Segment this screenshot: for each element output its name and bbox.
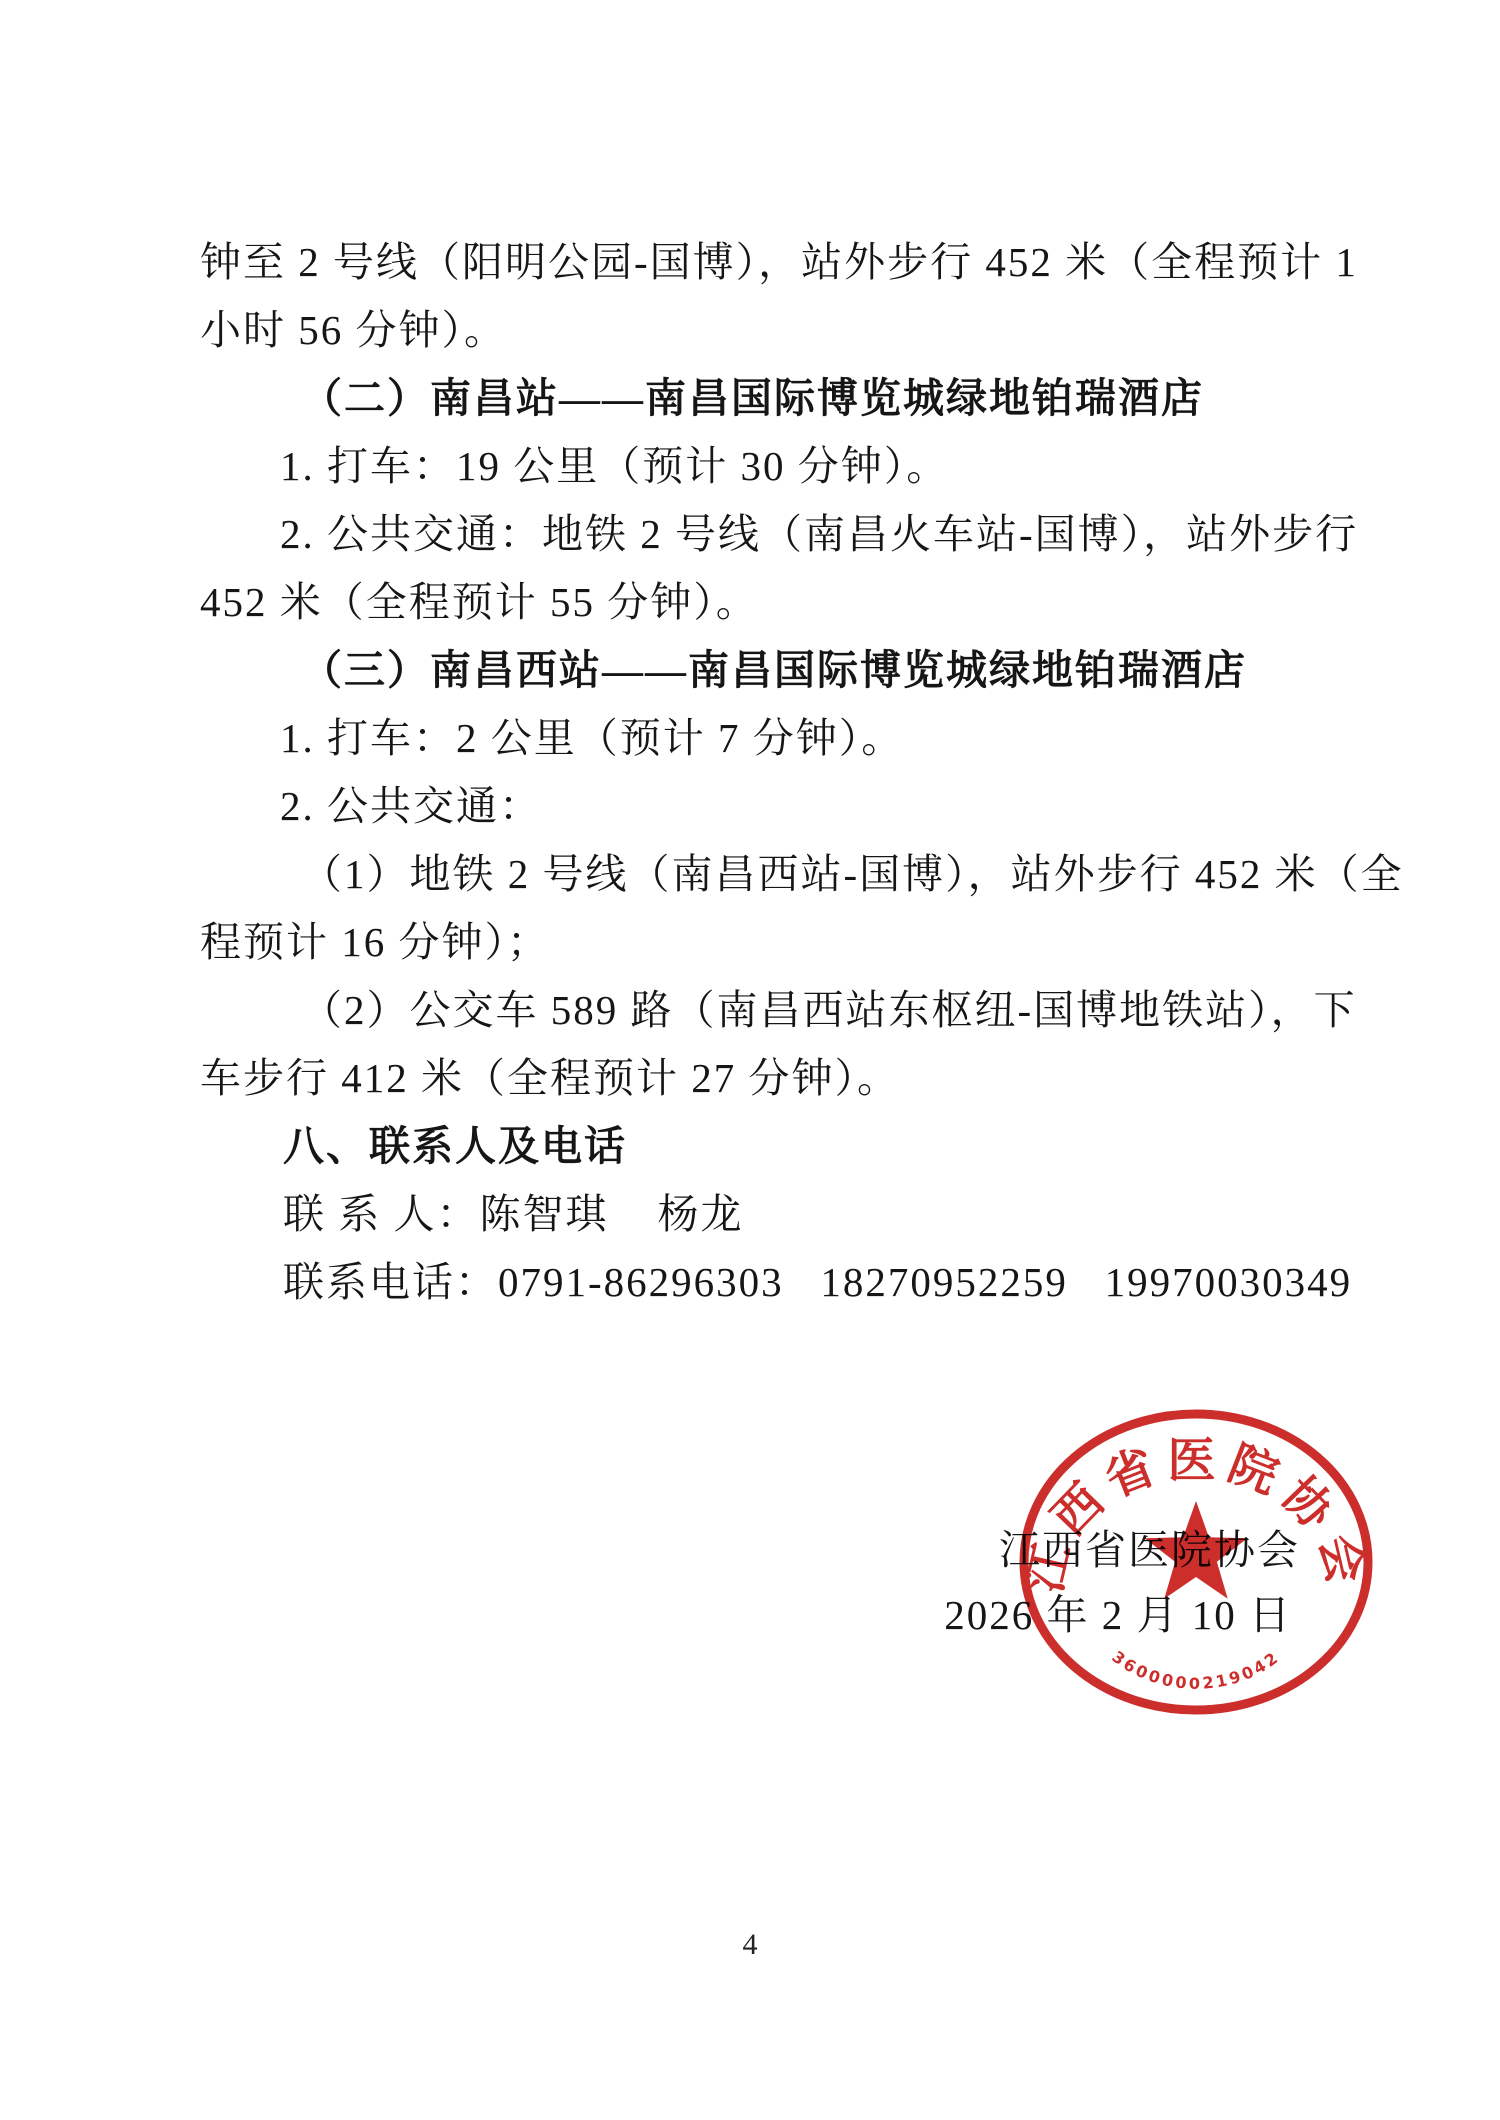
- document-page: 钟至 2 号线（阳明公园-国博），站外步行 452 米（全程预计 1 小时 56…: [0, 0, 1500, 2120]
- body-line: 1. 打车：2 公里（预计 7 分钟）。: [280, 704, 904, 772]
- seal-serial-number: 3600000219042: [1108, 1647, 1283, 1693]
- body-line: 2. 公共交通：: [280, 772, 542, 840]
- contact-person-line: 联 系 人：陈智琪 杨龙: [283, 1180, 744, 1248]
- page-number: 4: [0, 1928, 1500, 1962]
- body-line: 1. 打车：19 公里（预计 30 分钟）。: [280, 432, 949, 500]
- body-line: 钟至 2 号线（阳明公园-国博），站外步行 452 米（全程预计 1: [200, 228, 1358, 296]
- body-line: 车步行 412 米（全程预计 27 分钟）。: [200, 1044, 900, 1112]
- body-line: 小时 56 分钟）。: [200, 296, 507, 364]
- body-line: 程预计 16 分钟）；: [200, 908, 550, 976]
- body-line: （1）地铁 2 号线（南昌西站-国博），站外步行 452 米（全: [301, 840, 1404, 908]
- section-heading-contacts: 八、联系人及电话: [283, 1112, 627, 1180]
- body-line: 452 米（全程预计 55 分钟）。: [200, 568, 759, 636]
- section-heading-3: （三）南昌西站——南昌国际博览城绿地铂瑞酒店: [301, 636, 1247, 704]
- body-line: （2）公交车 589 路（南昌西站东枢纽-国博地铁站），下: [301, 976, 1357, 1044]
- section-heading-2: （二）南昌站——南昌国际博览城绿地铂瑞酒店: [301, 364, 1204, 432]
- contact-phone-line: 联系电话：0791-86296303 18270952259 199700303…: [283, 1248, 1352, 1316]
- body-line: 2. 公共交通：地铁 2 号线（南昌火车站-国博），站外步行: [280, 500, 1358, 568]
- seal-star: [1145, 1501, 1248, 1599]
- official-seal-stamp: 江西省医院协会 3600000219042: [1014, 1405, 1378, 1719]
